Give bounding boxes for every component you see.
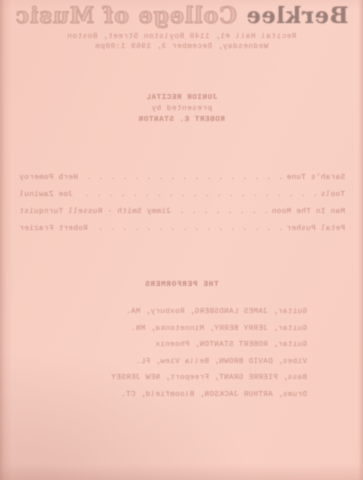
dot-leader: . . . . . . . . . . . . . . . . . . . . … xyxy=(91,225,284,233)
composer-name: Jimmy Smith - Russell Turnquist xyxy=(19,208,171,216)
program-row: Sarah's Tune . . . . . . . . . . . . . .… xyxy=(19,174,345,182)
composer-name: Herb Pomeroy xyxy=(19,174,78,182)
song-title: Man In The Moon xyxy=(271,208,345,216)
program-row: Man In The Moon . . . . . . . . . . . . … xyxy=(19,208,345,216)
song-title: Sarah's Tune xyxy=(286,174,345,182)
performer-line: Guitar, ROBERT STANTON, Phoenix xyxy=(57,341,307,349)
song-title: Tools xyxy=(320,191,345,199)
date-line: Wednesday, December 3, 1969 1:00pm xyxy=(0,43,363,51)
presented-by-line: presented by xyxy=(0,105,363,113)
program-list: Sarah's Tune . . . . . . . . . . . . . .… xyxy=(19,174,345,242)
dot-leader: . . . . . . . . . . . . . . . . . . . . … xyxy=(76,191,318,199)
dot-leader: . . . . . . . . . . . . . . . . . . . . … xyxy=(174,208,269,216)
performer-line: Drums, ARTHUR JACKSON, Bloomfield, CT. xyxy=(57,391,307,399)
paper-sheet-mirrored-text: Berklee College of Music Recital Hall #1… xyxy=(0,0,363,480)
presenter-name: ROBERT E. STANTON xyxy=(0,116,363,124)
composer-name: Joe Zawinul xyxy=(19,191,73,199)
address-line: Recital Hall #1, 1140 Boylston Street, B… xyxy=(0,33,363,41)
college-name-bold: Berklee xyxy=(246,3,349,29)
scanned-page-photo: Berklee College of Music Recital Hall #1… xyxy=(0,0,363,480)
performer-line: Guitar, JAMES LANDSBERG, Roxbury, MA. xyxy=(57,308,307,316)
performer-line: Bass, PIERRE GRANT, Freeport, NEW JERSEY xyxy=(57,374,307,382)
song-title: Petal Pusher xyxy=(286,225,345,233)
performer-line: Guitar, JERRY BERRY, Minnetonka, MN. xyxy=(57,325,307,333)
dot-leader: . . . . . . . . . . . . . . . . . . . . … xyxy=(81,174,283,182)
composer-name: Robert Frazier xyxy=(19,225,88,233)
performers-heading: THE PERFORMERS xyxy=(0,281,363,289)
performer-line: Vibes, DAVID BROWN, Bella View, FL. xyxy=(57,358,307,366)
program-row: Tools . . . . . . . . . . . . . . . . . … xyxy=(19,191,345,199)
program-row: Petal Pusher . . . . . . . . . . . . . .… xyxy=(19,225,345,233)
college-name-outline: College of Music xyxy=(15,3,246,29)
performers-list: Guitar, JAMES LANDSBERG, Roxbury, MA. Gu… xyxy=(57,308,307,408)
college-masthead: Berklee College of Music xyxy=(0,3,363,29)
recital-title: JUNIOR RECITAL xyxy=(0,94,363,102)
